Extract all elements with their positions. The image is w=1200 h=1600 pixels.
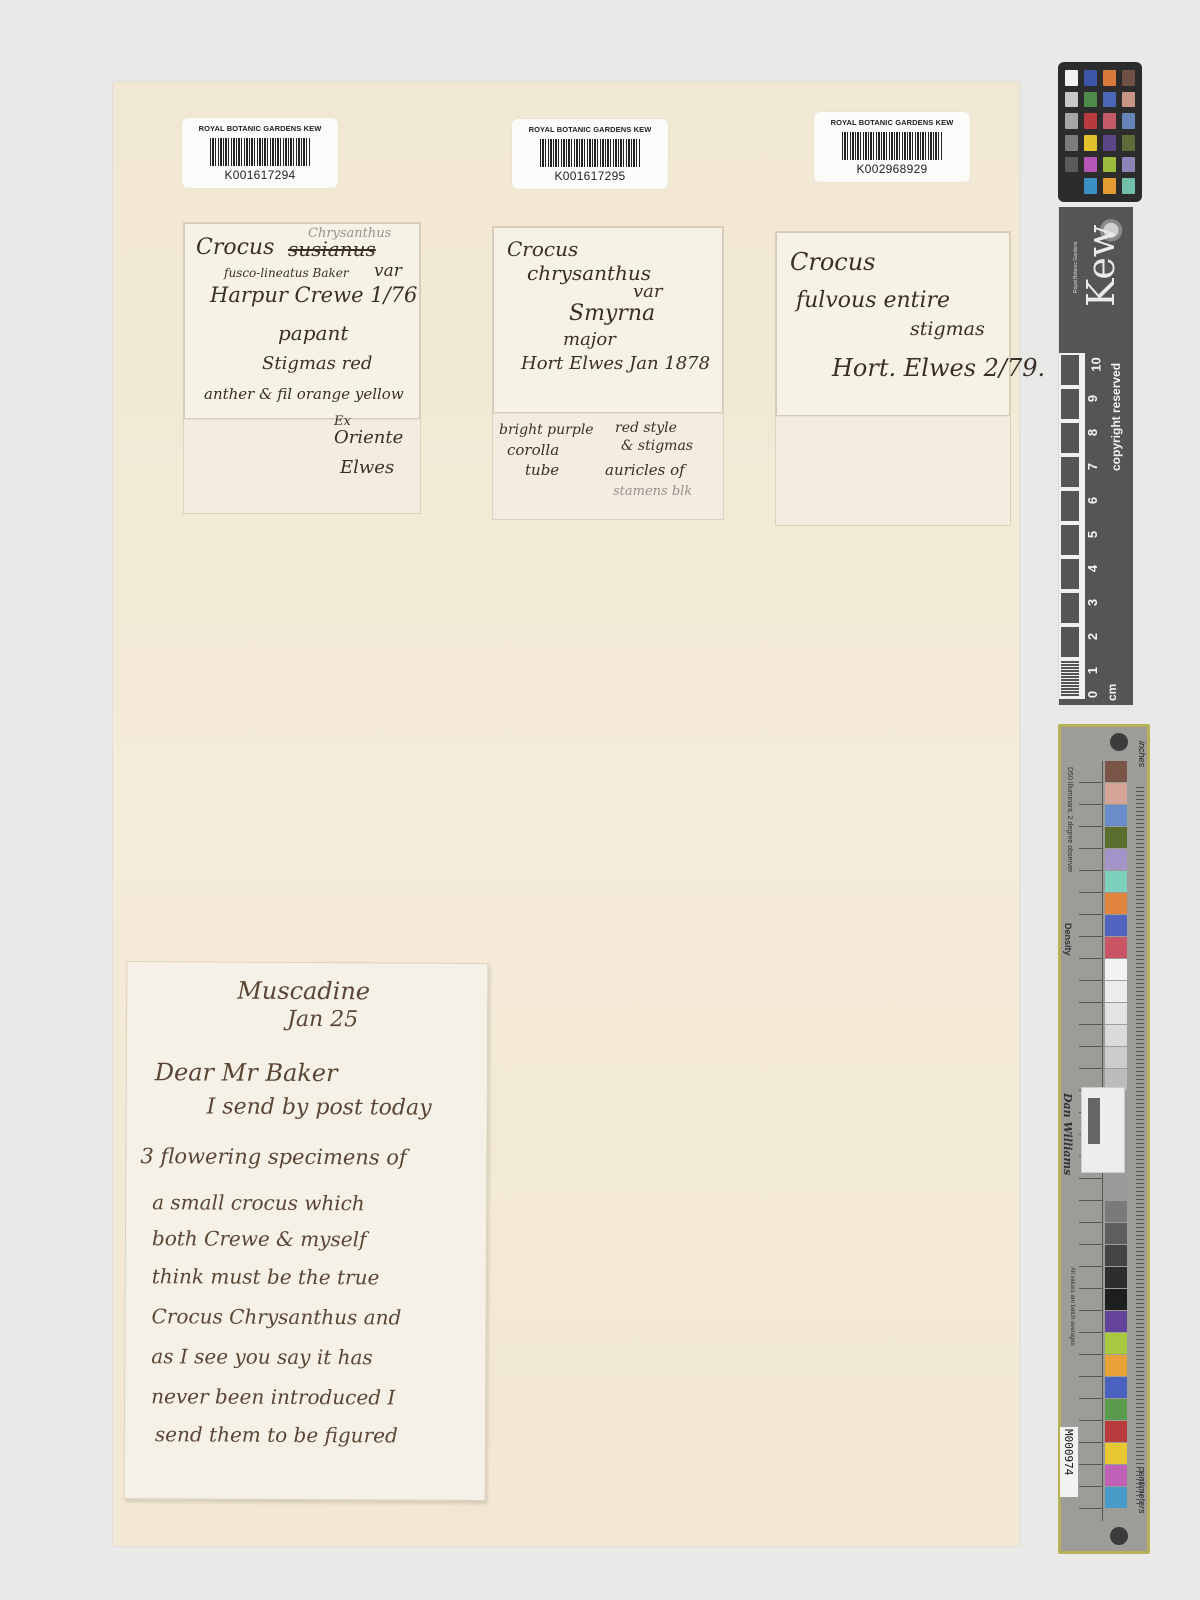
handwriting-line: papant	[278, 323, 348, 343]
handwriting-line: Hort Elwes Jan 1878	[521, 355, 710, 373]
specimen-packet-3: Crocus fulvous entire stigmas Hort. Elwe…	[775, 231, 1011, 526]
handwriting-line: Stigmas red	[262, 355, 372, 373]
handwriting-line: Oriente	[334, 429, 403, 447]
color-swatch	[1105, 761, 1127, 782]
color-patch	[1122, 178, 1135, 194]
letter-line: both Crewe & myself	[152, 1228, 367, 1249]
color-swatch	[1105, 1223, 1127, 1244]
color-patch	[1122, 92, 1135, 108]
scale-number: 9	[1085, 395, 1100, 402]
density-label: Density	[1063, 923, 1073, 956]
illuminant-text: D50 Illuminant, 2 degree observer	[1066, 767, 1073, 872]
registration-dot-top	[1110, 733, 1128, 751]
gray-card	[1081, 1087, 1125, 1173]
color-patch	[1103, 70, 1116, 86]
target-id-label: M000974	[1060, 1427, 1078, 1497]
scale-number: 1	[1085, 667, 1100, 674]
handwriting-genus: Crocus	[507, 239, 578, 259]
color-patch	[1084, 70, 1097, 86]
scale-number: 0	[1085, 691, 1100, 698]
color-swatch	[1105, 827, 1127, 848]
color-swatch	[1105, 1443, 1127, 1464]
handwriting-line: var	[374, 263, 402, 280]
handwriting-line: Elwes	[340, 459, 394, 477]
specimen-packet-2: Crocus chrysanthus var Smyrna major Hort…	[492, 226, 724, 520]
handwriting-genus: Crocus	[790, 250, 876, 274]
cm-ruler	[1059, 353, 1085, 699]
handwriting-line: fulvous entire	[796, 290, 950, 312]
handwriting-species: chrysanthus	[527, 263, 651, 283]
color-patch	[1065, 178, 1078, 194]
handwriting-annotation: Chrysanthus	[308, 227, 391, 240]
handwriting-line: & stigmas	[621, 439, 693, 453]
color-patch	[1065, 70, 1078, 86]
barcode-label-1: ROYAL BOTANIC GARDENS KEW K001617294	[182, 118, 338, 188]
handwriting-line: Smyrna	[569, 303, 655, 325]
color-patch	[1065, 135, 1078, 151]
handwriting-line: major	[563, 331, 616, 349]
barcode-label-3: ROYAL BOTANIC GARDENS KEW K002968929	[814, 112, 970, 182]
color-swatch	[1105, 981, 1127, 1002]
target-id: M000974	[1062, 1429, 1075, 1475]
handwriting-line: stamens blk	[613, 485, 692, 498]
barcode-org: ROYAL BOTANIC GARDENS KEW	[814, 118, 970, 127]
barcode-number: K001617295	[512, 169, 668, 183]
letter-date: Jan 25	[287, 1009, 358, 1031]
kew-scale-bar: Royal Botanic Gardens Kew 10 9 8 7 6 5 4…	[1058, 207, 1133, 705]
handwriting-species-struck: susianus	[288, 239, 376, 259]
scale-number: 4	[1085, 565, 1100, 572]
color-patch	[1122, 135, 1135, 151]
color-swatch	[1105, 849, 1127, 870]
color-swatch	[1105, 1245, 1127, 1266]
color-swatch	[1105, 1003, 1127, 1024]
color-patch	[1084, 178, 1097, 194]
color-swatch	[1105, 1201, 1127, 1222]
handwriting-line: stigmas	[910, 320, 985, 339]
color-swatch	[1105, 1399, 1127, 1420]
handwriting-line: Hort. Elwes 2/79.	[832, 356, 1045, 380]
letter-line: never been introduced I	[151, 1386, 395, 1407]
scale-unit: cm	[1105, 684, 1119, 701]
footer-text: All values are batch averages	[1069, 1267, 1075, 1346]
color-patch	[1103, 92, 1116, 108]
color-patch	[1103, 113, 1116, 129]
handwritten-letter: Muscadine Jan 25 Dear Mr Baker I send by…	[124, 961, 489, 1501]
color-swatch	[1105, 915, 1127, 936]
barcode-org: ROYAL BOTANIC GARDENS KEW	[182, 124, 338, 133]
color-swatch	[1105, 893, 1127, 914]
letter-salutation: Dear Mr Baker	[155, 1060, 338, 1085]
color-swatch	[1105, 937, 1127, 958]
registration-dot-bottom	[1110, 1527, 1128, 1545]
copyright-text: copyright reserved	[1109, 363, 1123, 471]
color-swatch	[1105, 1355, 1127, 1376]
letter-line: a small crocus which	[152, 1192, 365, 1213]
color-patch	[1084, 92, 1097, 108]
color-swatch	[1105, 1333, 1127, 1354]
scale-number: 10	[1089, 357, 1104, 371]
scale-number: 6	[1085, 497, 1100, 504]
mm-ruler	[1136, 787, 1144, 1507]
handwriting-line: red style	[615, 421, 677, 435]
scale-number: 8	[1085, 429, 1100, 436]
kew-logo: Kew	[1079, 197, 1123, 307]
barcode-icon	[210, 138, 310, 166]
handwriting-line: var	[633, 283, 663, 301]
specimen-packet-1: Crocus susianus Chrysanthus fusco-lineat…	[183, 222, 421, 514]
scale-number: 3	[1085, 599, 1100, 606]
color-swatch	[1105, 871, 1127, 892]
color-swatches-bottom	[1105, 1179, 1127, 1509]
color-swatch	[1105, 1025, 1127, 1046]
handwriting-line: tube	[525, 463, 559, 478]
color-swatch	[1105, 959, 1127, 980]
color-swatch	[1105, 1311, 1127, 1332]
color-swatch	[1105, 1179, 1127, 1200]
handwriting-line: anther & fil orange yellow	[204, 387, 404, 402]
unit-inches: inches	[1137, 741, 1147, 767]
letter-place: Muscadine	[237, 979, 370, 1004]
color-target-strip: inches centimeters D50 Illuminant, 2 deg…	[1058, 724, 1150, 1554]
handwriting-line: Harpur Crewe 1/76	[210, 285, 417, 306]
color-checker-card	[1058, 62, 1142, 202]
letter-line: 3 flowering specimens of	[140, 1146, 406, 1168]
scale-number: 7	[1085, 463, 1100, 470]
handwriting-line: fusco-lineatus Baker	[224, 267, 349, 279]
handwriting-line: corolla	[507, 443, 559, 458]
handwriting-line: bright purple	[499, 423, 594, 437]
letter-line: Crocus Chrysanthus and	[151, 1306, 401, 1327]
color-patch	[1065, 92, 1078, 108]
letter-line: think must be the true	[152, 1266, 380, 1287]
color-swatch	[1105, 1047, 1127, 1068]
color-patch	[1103, 178, 1116, 194]
color-patch	[1122, 113, 1135, 129]
handwriting-genus: Crocus	[196, 237, 274, 259]
letter-line: I send by post today	[207, 1096, 432, 1119]
color-patch	[1084, 113, 1097, 129]
barcode-label-2: ROYAL BOTANIC GARDENS KEW K001617295	[512, 119, 668, 189]
color-swatch	[1105, 1465, 1127, 1486]
color-swatch	[1105, 805, 1127, 826]
color-patch	[1122, 70, 1135, 86]
barcode-icon	[540, 139, 640, 167]
scale-number: 5	[1085, 531, 1100, 538]
barcode-icon	[842, 132, 942, 160]
color-swatch	[1105, 1421, 1127, 1442]
color-swatch	[1105, 783, 1127, 804]
color-swatch	[1105, 1267, 1127, 1288]
letter-line: as I see you say it has	[151, 1346, 372, 1367]
color-swatch	[1105, 1487, 1127, 1508]
barcode-number: K002968929	[814, 162, 970, 176]
color-swatch	[1105, 1289, 1127, 1310]
color-patch	[1103, 135, 1116, 151]
color-patch	[1084, 135, 1097, 151]
letter-line: send them to be figured	[155, 1424, 398, 1445]
barcode-number: K001617294	[182, 168, 338, 182]
color-patch	[1103, 157, 1116, 173]
color-patch	[1122, 157, 1135, 173]
target-brand: Dan Williams	[1061, 1093, 1074, 1175]
color-swatches-top	[1105, 761, 1127, 1091]
handwriting-line: auricles of	[605, 463, 685, 478]
color-swatch	[1105, 1377, 1127, 1398]
color-patch	[1084, 157, 1097, 173]
color-patch	[1065, 157, 1078, 173]
scale-number: 2	[1085, 633, 1100, 640]
barcode-org: ROYAL BOTANIC GARDENS KEW	[512, 125, 668, 134]
color-patch	[1065, 113, 1078, 129]
